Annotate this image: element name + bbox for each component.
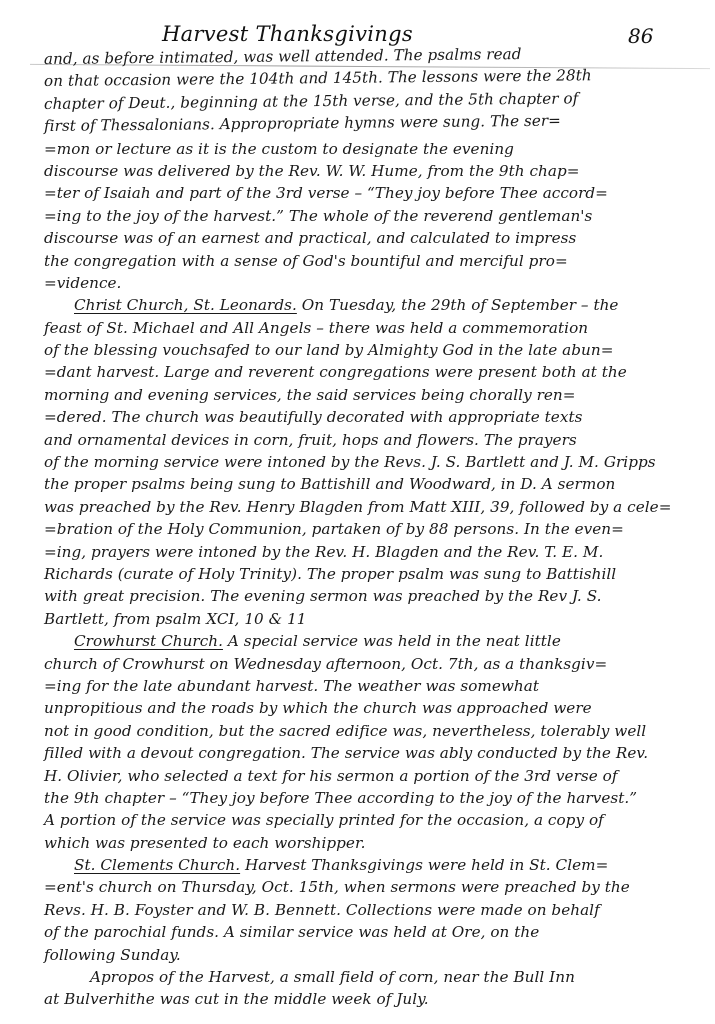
text-line: at Bulverhithe was cut in the middle wee…	[44, 988, 684, 1010]
text-line: of the blessing vouchsafed to our land b…	[44, 339, 684, 361]
text-line: unpropitious and the roads by which the …	[44, 697, 684, 719]
text-line: Apropos of the Harvest, a small field of…	[44, 966, 684, 988]
text-line: of the parochial funds. A similar servic…	[44, 921, 684, 943]
manuscript-body: and, as before intimated, was well atten…	[44, 48, 684, 1011]
text-line: the 9th chapter – “They joy before Thee …	[44, 787, 684, 809]
text-line: discourse was delivered by the Rev. W. W…	[44, 160, 684, 182]
section-heading: Crowhurst Church.	[74, 632, 223, 650]
paragraph-crowhurst: Crowhurst Church. A special service was …	[44, 630, 684, 854]
text-line: morning and evening services, the said s…	[44, 384, 684, 406]
text-line: Richards (curate of Holy Trinity). The p…	[44, 563, 684, 585]
text-line: not in good condition, but the sacred ed…	[44, 720, 684, 742]
text-line: Christ Church, St. Leonards. On Tuesday,…	[44, 294, 684, 316]
text-line: =ent's church on Thursday, Oct. 15th, wh…	[44, 876, 684, 898]
text-line: of the morning service were intoned by t…	[44, 451, 684, 473]
text-line: the congregation with a sense of God's b…	[44, 250, 684, 272]
text-line: =bration of the Holy Communion, partaken…	[44, 518, 684, 540]
text-line: =ter of Isaiah and part of the 3rd verse…	[44, 182, 684, 204]
text-line: =dant harvest. Large and reverent congre…	[44, 361, 684, 383]
text-line: church of Crowhurst on Wednesday afterno…	[44, 653, 684, 675]
text-line: H. Olivier, who selected a text for his …	[44, 765, 684, 787]
paragraph-st-clements: St. Clements Church. Harvest Thanksgivin…	[44, 854, 684, 966]
text-line: with great precision. The evening sermon…	[44, 585, 684, 607]
manuscript-page: Harvest Thanksgivings 86 and, as before …	[0, 0, 715, 1024]
text-line: Bartlett, from psalm XCI, 10 & 11	[44, 608, 684, 630]
text-line: A portion of the service was specially p…	[44, 809, 684, 831]
paragraph-apropos: Apropos of the Harvest, a small field of…	[44, 966, 684, 1011]
text-line: was preached by the Rev. Henry Blagden f…	[44, 496, 684, 518]
paragraph-christ-church: Christ Church, St. Leonards. On Tuesday,…	[44, 294, 684, 630]
text-line: Revs. H. B. Foyster and W. B. Bennett. C…	[44, 899, 684, 921]
section-heading: St. Clements Church.	[74, 856, 240, 874]
text-line: Crowhurst Church. A special service was …	[44, 630, 684, 652]
text-line: =vidence.	[44, 272, 684, 294]
text-line: following Sunday.	[44, 944, 684, 966]
text-line: filled with a devout congregation. The s…	[44, 742, 684, 764]
text-line: =mon or lecture as it is the custom to d…	[44, 138, 684, 160]
text-line: St. Clements Church. Harvest Thanksgivin…	[44, 854, 684, 876]
text-line: =dered. The church was beautifully decor…	[44, 406, 684, 428]
text-line: feast of St. Michael and All Angels – th…	[44, 317, 684, 339]
text-line: and ornamental devices in corn, fruit, h…	[44, 429, 684, 451]
text-line: =ing to the joy of the harvest.” The who…	[44, 205, 684, 227]
page-title: Harvest Thanksgivings	[162, 22, 413, 46]
section-heading: Christ Church, St. Leonards.	[74, 296, 297, 314]
text-line: discourse was of an earnest and practica…	[44, 227, 684, 249]
text-line: =ing, prayers were intoned by the Rev. H…	[44, 541, 684, 563]
paragraph-intro: and, as before intimated, was well atten…	[44, 48, 684, 294]
text-line: the proper psalms being sung to Battishi…	[44, 473, 684, 495]
text-line: which was presented to each worshipper.	[44, 832, 684, 854]
text-line: =ing for the late abundant harvest. The …	[44, 675, 684, 697]
